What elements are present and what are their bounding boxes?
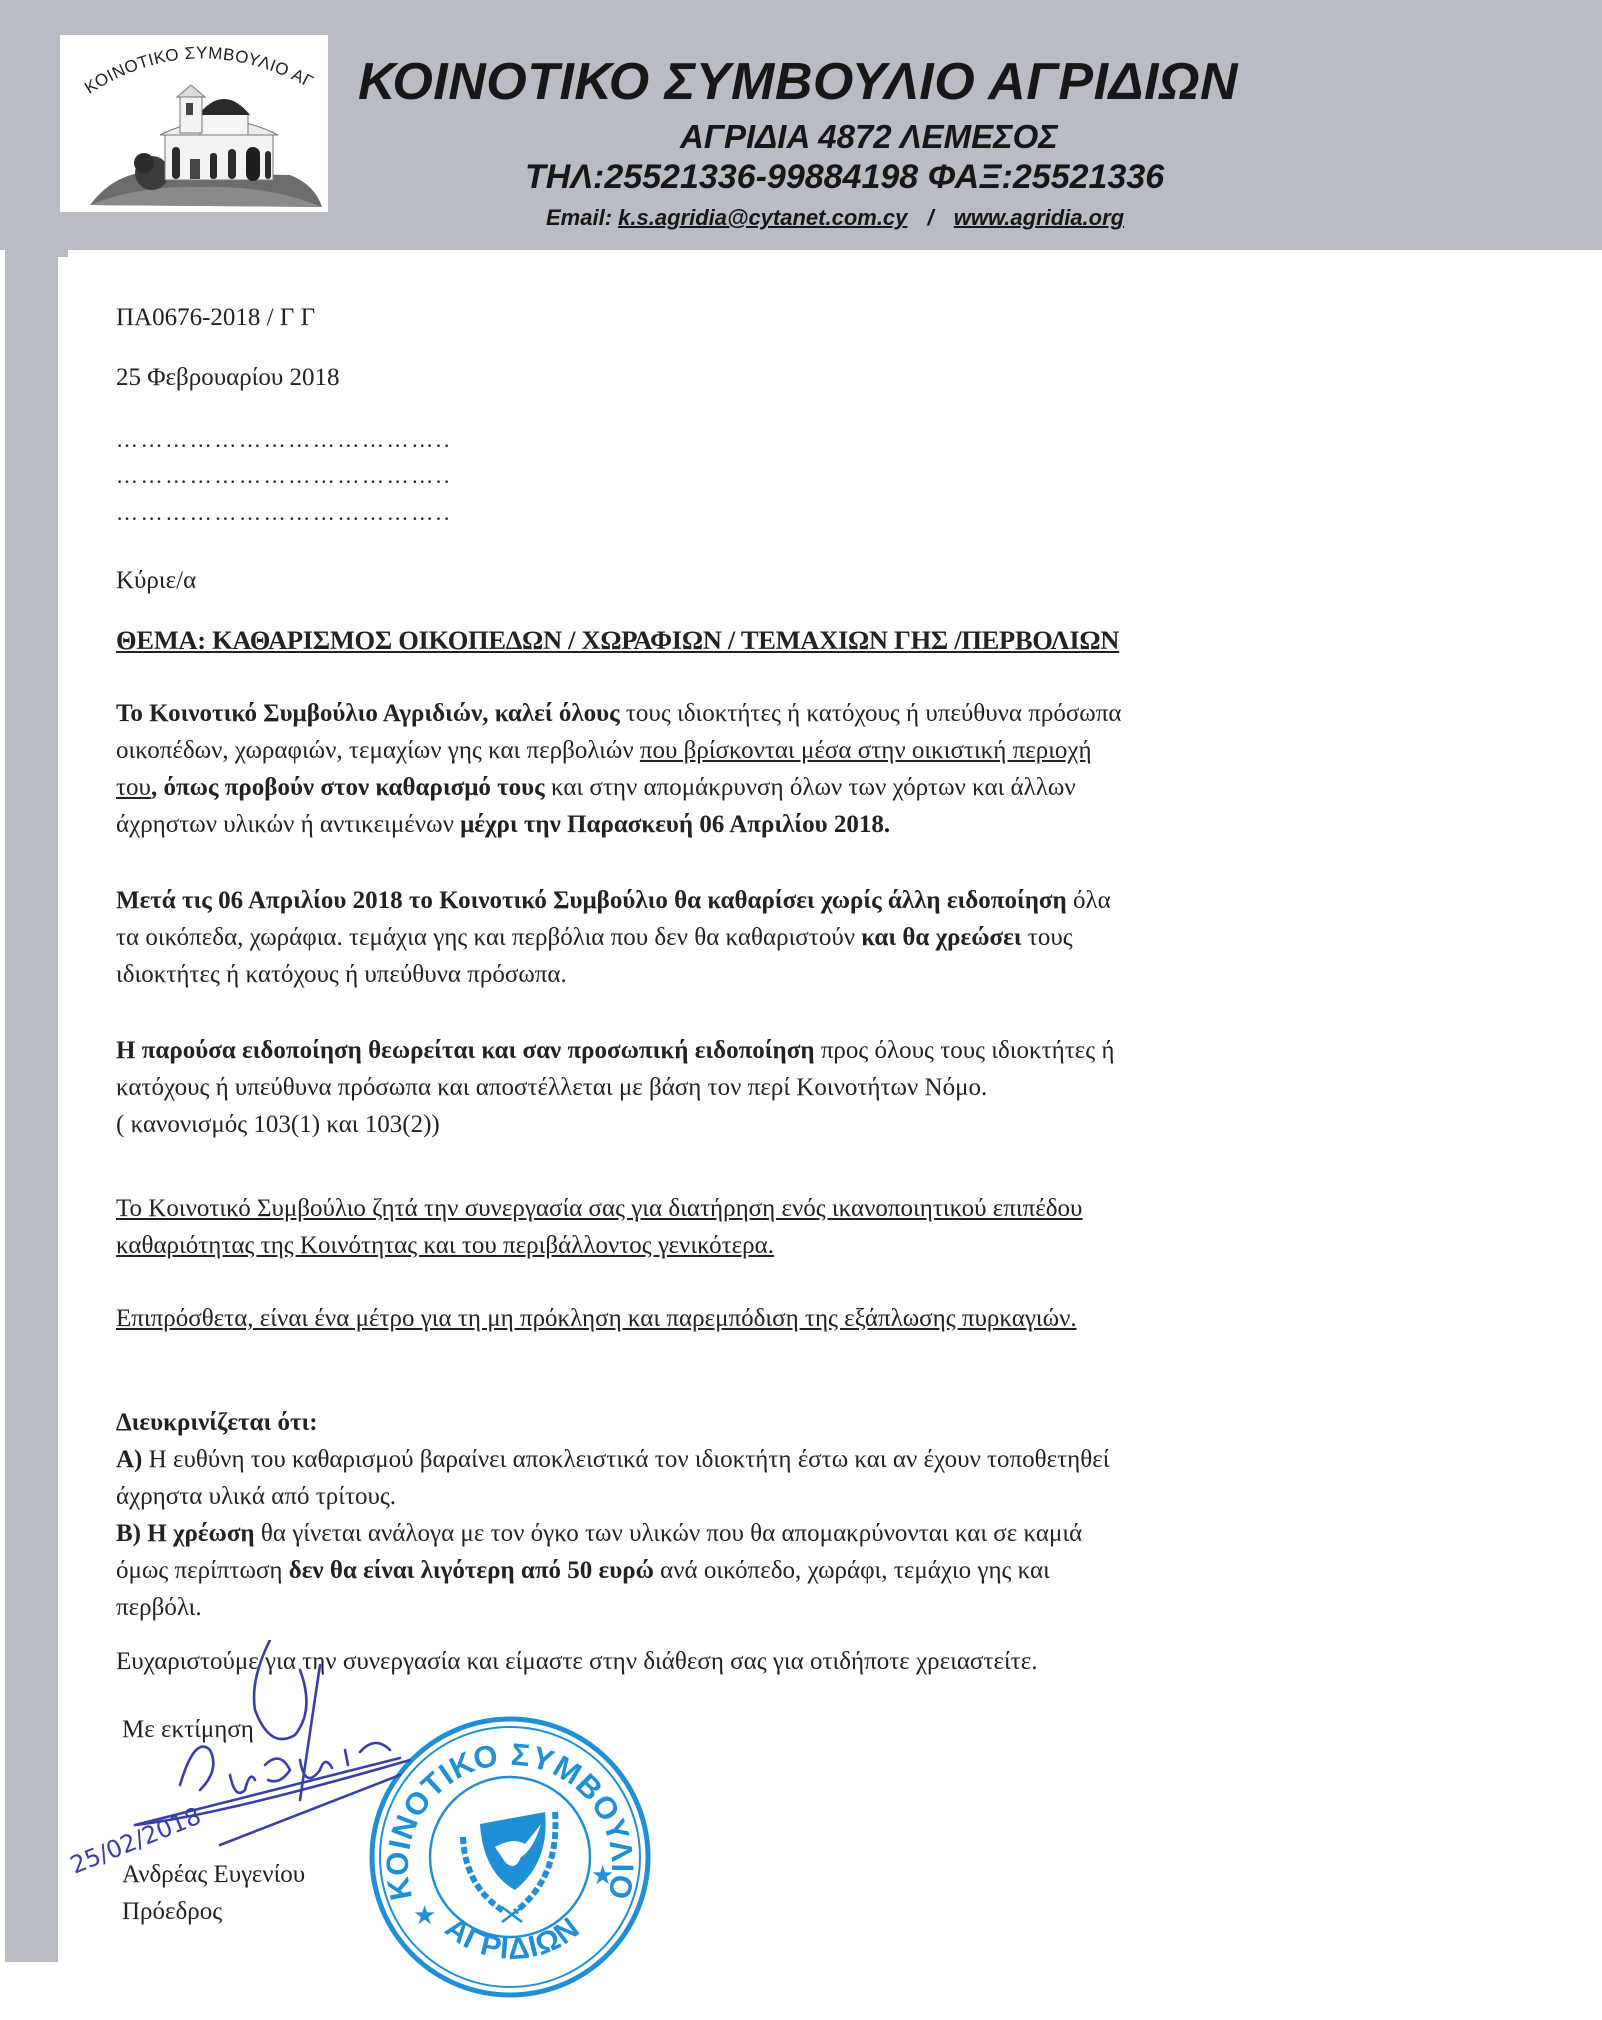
item-label-a: Α) xyxy=(116,1446,142,1473)
text: ιδιοκτήτες ή κατόχους ή υπεύθυνα πρόσωπα… xyxy=(116,956,1416,993)
text-underlined: του xyxy=(116,774,151,801)
paragraph-legal-basis: Η παρούσα ειδοποίηση θεωρείται και σαν π… xyxy=(116,1032,1416,1143)
text: ανά οικόπεδο, χωράφι, τεμάχιο γης και xyxy=(654,1557,1050,1584)
text: τους ιδιοκτήτες ή κατόχους ή υπεύθυνα πρ… xyxy=(620,700,1122,727)
email-link[interactable]: k.s.agridia@cytanet.com.cy xyxy=(618,205,907,230)
letterhead-contact: Email: k.s.agridia@cytanet.com.cy / www.… xyxy=(546,205,1124,231)
text: και στην απομάκρυνση όλων των χόρτων και… xyxy=(545,774,1076,801)
paragraph-fire-prevention: Επιπρόσθετα, είναι ένα μέτρο για τη μη π… xyxy=(116,1300,1416,1337)
text-bold: και θα χρεώσει xyxy=(861,924,1021,951)
reference-number: ΠΑ0676-2018 / Γ Γ xyxy=(116,300,315,335)
text: κατόχους ή υπεύθυνα πρόσωπα και αποστέλλ… xyxy=(116,1069,1416,1106)
star-icon: ★ xyxy=(591,1861,614,1891)
official-stamp: ΚΟΙΝΟΤΙΚΟ ΣΥΜΒΟΥΛΙΟ ΑΓΡΙΔΙΩΝ ★ ★ xyxy=(365,1712,655,2002)
text: θα γίνεται ανάλογα με τον όγκο των υλικώ… xyxy=(255,1520,1083,1547)
paragraph-cooperation: Το Κοινοτικό Συμβούλιο ζητά την συνεργασ… xyxy=(116,1190,1416,1264)
text: άχρηστων υλικών ή αντικειμένων xyxy=(116,811,460,838)
text-bold: Μετά τις 06 Απριλίου 2018 το Κοινοτικό Σ… xyxy=(116,887,1067,914)
contact-separator: / xyxy=(928,205,934,230)
text-underlined: που βρίσκονται μέσα στην οικιστική περιο… xyxy=(640,737,1092,764)
star-icon: ★ xyxy=(413,1901,436,1931)
deadline-text: μέχρι την Παρασκευή 06 Απριλίου 2018. xyxy=(460,811,890,838)
signer-role: Πρόεδρος xyxy=(122,1894,222,1929)
council-logo: ΚΟΙΝΟΤΙΚΟ ΣΥΜΒΟΥΛΙΟ ΑΓΡΙΔΙΩΝ xyxy=(60,35,328,212)
recipient-line-3: ………………………………….. xyxy=(116,495,452,530)
letterhead-title: ΚΟΙΝΟΤΙΚΟ ΣΥΜΒΟΥΛΙΟ ΑΓΡΙΔΙΩΝ xyxy=(358,52,1238,112)
svg-text:ΑΓΡΙΔΙΩΝ: ΑΓΡΙΔΙΩΝ xyxy=(439,1911,586,1966)
letter-date: 25 Φεβρουαρίου 2018 xyxy=(116,360,340,395)
text-bold: Το Κοινοτικό Συμβούλιο Αγριδιών, καλεί ό… xyxy=(116,700,620,727)
paragraph-notice: Το Κοινοτικό Συμβούλιο Αγριδιών, καλεί ό… xyxy=(116,695,1416,843)
paragraph-thanks: Ευχαριστούμε για την συνεργασία και είμα… xyxy=(116,1643,1416,1680)
salutation: Κύριε/α xyxy=(116,563,196,598)
website-link[interactable]: www.agridia.org xyxy=(954,205,1124,230)
text: περβόλι. xyxy=(116,1589,1416,1626)
letter-subject: ΘΕΜΑ: ΚΑΘΑΡΙΣΜΟΣ ΟΙΚΟΠΕΔΩΝ / ΧΩΡΑΦΙΩΝ / … xyxy=(116,623,1119,658)
text: προς όλους τους ιδιοκτήτες ή xyxy=(815,1037,1115,1064)
text-bold: , όπως προβούν στον καθαρισμό τους xyxy=(151,774,545,801)
letterhead-phones: ΤΗΛ:25521336-99884198 ΦΑΞ:25521336 xyxy=(525,158,1164,197)
minimum-charge-text: δεν θα είναι λιγότερη από 50 ευρώ xyxy=(289,1557,654,1584)
text: Η ευθύνη του καθαρισμού βαραίνει αποκλει… xyxy=(142,1446,1109,1473)
letterhead-address: ΑΓΡΙΔΙΑ 4872 ΛΕΜΕΣΟΣ xyxy=(680,118,1058,156)
text-underlined: Το Κοινοτικό Συμβούλιο ζητά την συνεργασ… xyxy=(116,1190,1416,1227)
paragraph-consequence: Μετά τις 06 Απριλίου 2018 το Κοινοτικό Σ… xyxy=(116,882,1416,993)
text-underlined: καθαριότητας της Κοινότητας και του περι… xyxy=(116,1227,774,1264)
text: οικοπέδων, χωραφιών, τεμαχίων γης και πε… xyxy=(116,737,640,764)
text: όλα xyxy=(1067,887,1111,914)
stamp-bottom-text: ΑΓΡΙΔΙΩΝ xyxy=(439,1911,586,1966)
recipient-line-2: ………………………………….. xyxy=(116,458,452,493)
text-bold: Η παρούσα ειδοποίηση θεωρείται και σαν π… xyxy=(116,1037,815,1064)
text: άχρηστα υλικά από τρίτους. xyxy=(116,1478,1416,1515)
text-underlined: Επιπρόσθετα, είναι ένα μέτρο για τη μη π… xyxy=(116,1300,1077,1337)
regulation-reference: ( κανονισμός 103(1) και 103(2)) xyxy=(116,1106,1416,1143)
item-label-b: Β) Η χρέωση xyxy=(116,1520,255,1547)
text: τους xyxy=(1022,924,1073,951)
closing-phrase: Με εκτίμηση xyxy=(122,1712,254,1747)
paragraph-clarifications: Διευκρινίζεται ότι: Α) Η ευθύνη του καθα… xyxy=(116,1404,1416,1626)
email-label: Email: xyxy=(546,205,612,230)
text: Ευχαριστούμε για την συνεργασία και είμα… xyxy=(116,1643,1416,1680)
text: όμως περίπτωση xyxy=(116,1557,289,1584)
signer-name: Ανδρέας Ευγενίου xyxy=(122,1857,305,1892)
recipient-line-1: ………………………………….. xyxy=(116,422,452,457)
clarifications-heading: Διευκρινίζεται ότι: xyxy=(116,1404,1416,1441)
text: τα οικόπεδα, χωράφια. τεμάχια γης και πε… xyxy=(116,924,861,951)
